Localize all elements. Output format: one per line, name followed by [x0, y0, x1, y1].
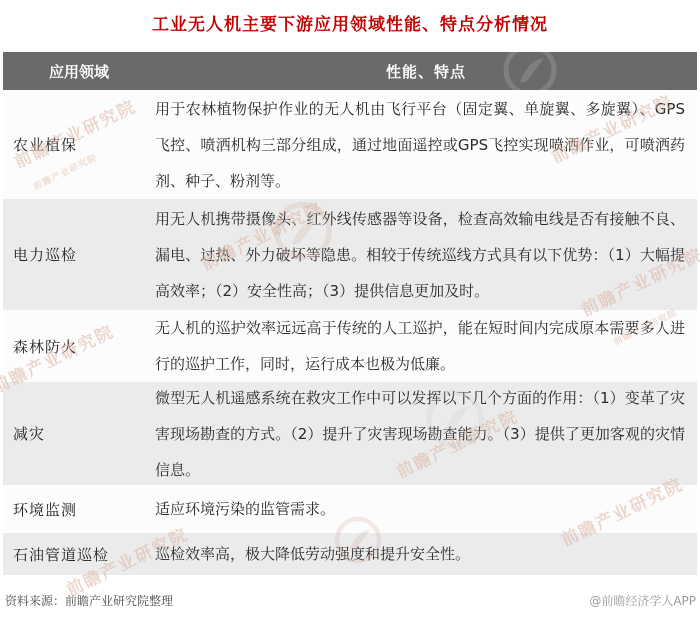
traits-cell: 用于农林植物保护作业的无人机由飞行平台（固定翼、单旋翼、多旋翼）、GPS飞控、喷… [155, 90, 697, 199]
data-source-note: 资料来源：前瞻产业研究院整理 [5, 592, 173, 609]
table-row-power-inspection: 电力巡检 用无人机携带摄像头、红外线传感器等设备，检查高效输电线是否有接触不良、… [3, 199, 697, 310]
table-header-row: 应用领域 性能、特点 [3, 52, 697, 90]
header-traits: 性能、特点 [155, 52, 697, 90]
application-field-cell: 减灾 [3, 382, 155, 485]
brand-attribution: @前瞻经济学人APP [589, 592, 696, 609]
table-row-agriculture: 农业植保 用于农林植物保护作业的无人机由飞行平台（固定翼、单旋翼、多旋翼）、GP… [3, 90, 697, 199]
application-field-cell: 农业植保 [3, 90, 155, 199]
table-row-oil-pipeline: 石油管道巡检 巡检效率高，极大降低劳动强度和提升安全性。 [3, 533, 697, 575]
application-field-cell: 电力巡检 [3, 199, 155, 310]
application-field-cell: 森林防火 [3, 310, 155, 382]
footer: 资料来源：前瞻产业研究院整理 @前瞻经济学人APP [5, 592, 696, 609]
traits-cell: 微型无人机遥感系统在救灾工作中可以发挥以下几个方面的作用：（1）变革了灾害现场勘… [155, 382, 697, 485]
application-field-cell: 环境监测 [3, 485, 155, 533]
traits-cell: 巡检效率高，极大降低劳动强度和提升安全性。 [155, 533, 697, 575]
table-row-disaster-relief: 减灾 微型无人机遥感系统在救灾工作中可以发挥以下几个方面的作用：（1）变革了灾害… [3, 382, 697, 485]
table-row-forest-fire: 森林防火 无人机的巡护效率远远高于传统的人工巡护，能在短时间内完成原本需要多人进… [3, 310, 697, 382]
traits-cell: 用无人机携带摄像头、红外线传感器等设备，检查高效输电线是否有接触不良、漏电、过热… [155, 199, 697, 310]
table-row-environment-monitoring: 环境监测 适应环境污染的监管需求。 [3, 485, 697, 533]
header-application-field: 应用领域 [3, 52, 155, 90]
traits-cell: 无人机的巡护效率远远高于传统的人工巡护，能在短时间内完成原本需要多人进行的巡护工… [155, 310, 697, 382]
traits-cell: 适应环境污染的监管需求。 [155, 485, 697, 533]
applications-table: 应用领域 性能、特点 农业植保 用于农林植物保护作业的无人机由飞行平台（固定翼、… [3, 52, 697, 575]
page-title: 工业无人机主要下游应用领域性能、特点分析情况 [0, 10, 700, 35]
application-field-cell: 石油管道巡检 [3, 533, 155, 575]
